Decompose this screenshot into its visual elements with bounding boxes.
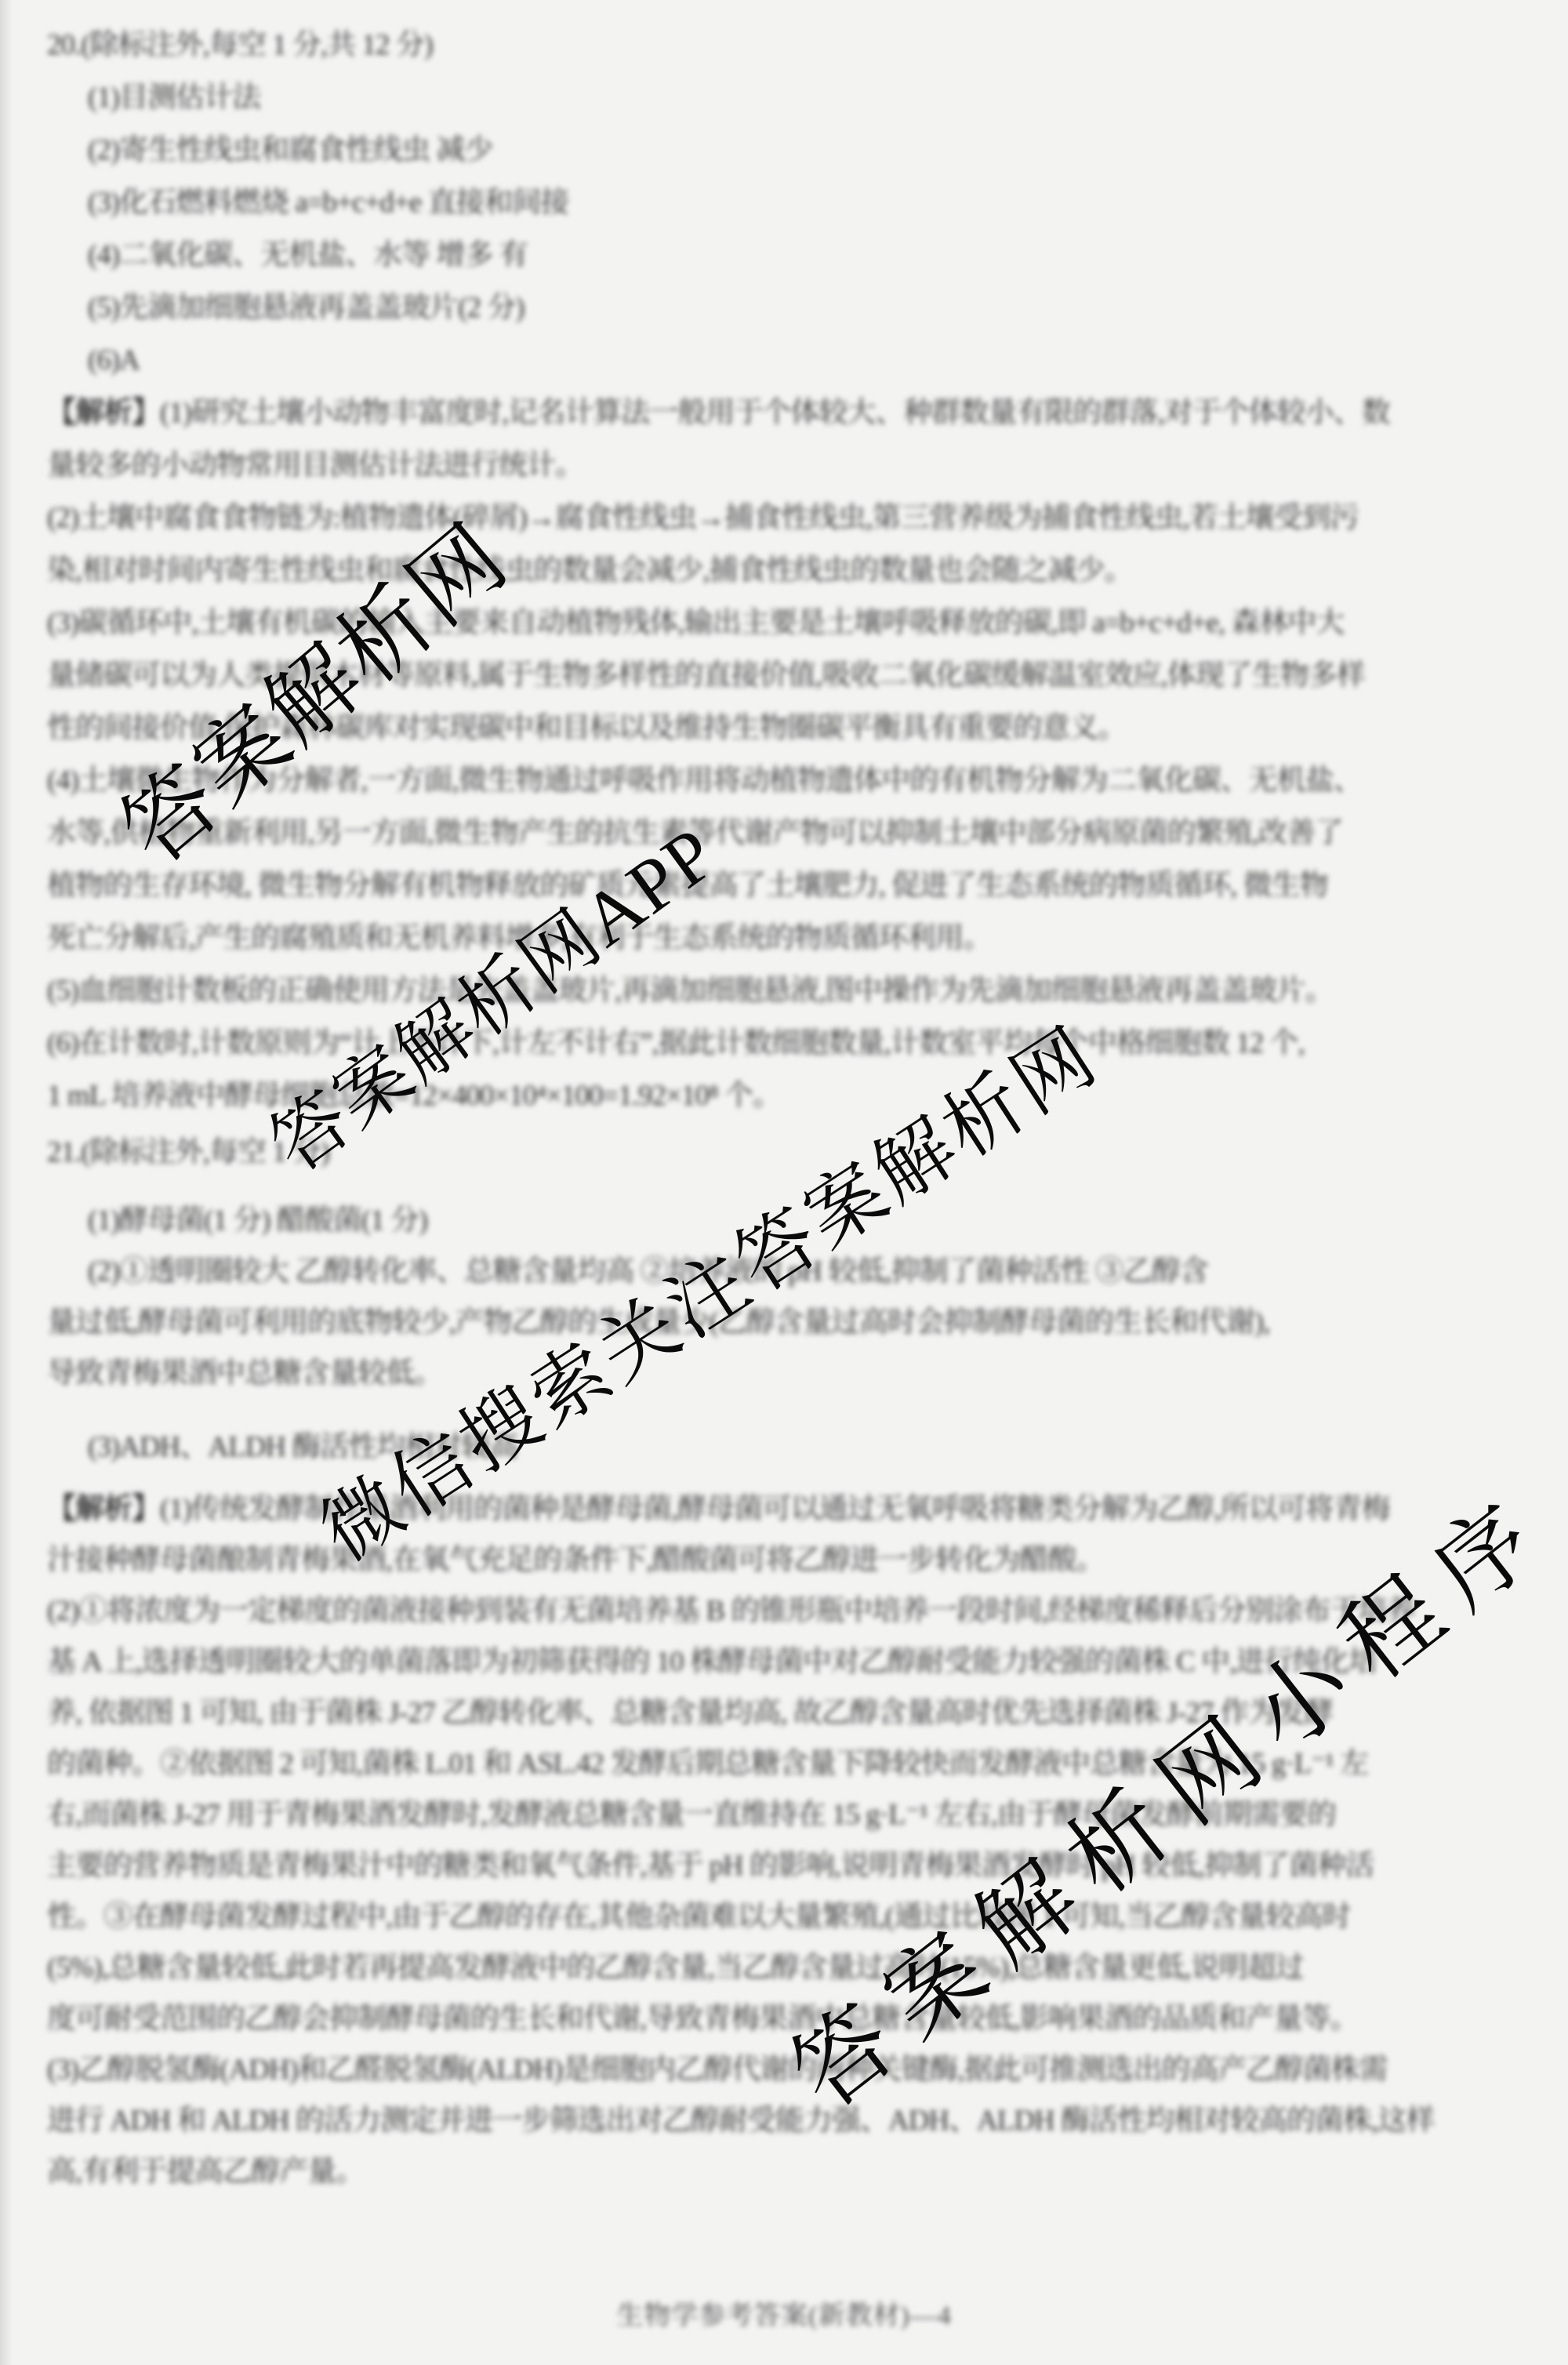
question-21-analysis: 【解析】(1)传统发酵制作果酒利用的菌种是酵母菌,酵母菌可以通过无氧呼吸将糖类分… bbox=[47, 1484, 1529, 2197]
text-line: 量较多的小动物常用目测估计法进行统计。 bbox=[47, 439, 1529, 492]
text-line: 水等,供植物重新利用,另一方面,微生物产生的抗生素等代谢产物可以抑制土壤中部分病… bbox=[47, 807, 1529, 859]
text-line: 的菌种。②依据图 2 可知,菌株 L.01 和 ASL.42 发酵后期总糖含量下… bbox=[47, 1738, 1529, 1789]
text-line: (2)①透明圈较大 乙醇转化率、总糖含量均高 ②培养液的 pH 较低,抑制了菌种… bbox=[47, 1246, 1529, 1297]
text-line: (3)ADH、ALDH 酶活性均相对较高 bbox=[47, 1422, 1529, 1473]
text-line: 植物的生存环境, 微生物分解有机物释放的矿质元素提高了土壤肥力, 促进了生态系统… bbox=[47, 859, 1529, 912]
text-line: 进行 ADH 和 ALDH 的活力测定并进一步筛选出对乙醇耐受能力强、ADH、A… bbox=[47, 2095, 1529, 2146]
text-line: (5)血细胞计数板的正确使用方法是先盖盖玻片,再滴加细胞悬液,图中操作为先滴加细… bbox=[47, 965, 1529, 1017]
text-line: 【解析】(1)传统发酵制作果酒利用的菌种是酵母菌,酵母菌可以通过无氧呼吸将糖类分… bbox=[47, 1484, 1529, 1535]
text-line: 性。③在酵母菌发酵过程中,由于乙醇的存在,其他杂菌难以大量繁殖,(通过比较图 1… bbox=[47, 1891, 1529, 1942]
text-line: (3)乙醇脱氢酶(ADH)和乙醛脱氢酶(ALDH)是细胞内乙醇代谢的两种关键酶,… bbox=[47, 2044, 1529, 2095]
text-line: (6)在计数时,计数原则为“计上不计下,计左不计右”,据此计数细胞数量,计数室平… bbox=[47, 1017, 1529, 1070]
question-20-block: 20.(除标注外,每空 1 分,共 12 分)(1)目测估计法(2)寄生性线虫和… bbox=[47, 19, 1529, 1122]
text-line: 性的间接价值,保护森林碳库对实现碳中和目标以及维持生物圈碳平衡具有重要的意义。 bbox=[47, 702, 1529, 754]
blurred-document-layer: 20.(除标注外,每空 1 分,共 12 分)(1)目测估计法(2)寄生性线虫和… bbox=[0, 0, 1568, 2365]
question-21-answers: (1)酵母菌(1 分) 醋酸菌(1 分)(2)①透明圈较大 乙醇转化率、总糖含量… bbox=[47, 1195, 1529, 1399]
text-line: (2)土壤中腐食食物链为:植物遗体(碎屑)→腐食性线虫→捕食性线虫,第三营养级为… bbox=[47, 492, 1529, 544]
question-21-answer-3: (3)ADH、ALDH 酶活性均相对较高 bbox=[47, 1422, 1529, 1473]
text-line: 右,而菌株 J-27 用于青梅果酒发酵时,发酵液总糖含量一直维持在 15 g·L… bbox=[47, 1789, 1529, 1840]
text-line: 度可耐受范围的乙醇会抑制酵母菌的生长和代谢,导致青梅果酒中总糖含量较低,影响果酒… bbox=[47, 1993, 1529, 2044]
text-line: 养, 依据图 1 可知, 由于菌株 J-27 乙醇转化率、总糖含量均高, 故乙醇… bbox=[47, 1687, 1529, 1738]
text-line: (5%),总糖含量较低,此时若再提高发酵液中的乙醇含量,当乙醇含量过高时(15%… bbox=[47, 1942, 1529, 1993]
text-line: (1)目测估计法 bbox=[47, 71, 1529, 124]
text-line: (1)酵母菌(1 分) 醋酸菌(1 分) bbox=[47, 1195, 1529, 1246]
text-line: 染,相对时间内寄生性线虫和腐食性线虫的数量会减少,捕食性线虫的数量也会随之减少。 bbox=[47, 544, 1529, 597]
text-line: (5)先滴加细胞悬液再盖盖玻片(2 分) bbox=[47, 282, 1529, 334]
text-line: (3)化石燃料燃烧 a=b+c+d+e 直接和间接 bbox=[47, 176, 1529, 229]
text-line: (2)①将浓度为一定梯度的菌液接种到装有无菌培养基 B 的锥形瓶中培养一段时间,… bbox=[47, 1586, 1529, 1637]
text-line: 基 A 上,选择透明圈较大的单菌落即为初筛获得的 10 株酵母菌中对乙醇耐受能力… bbox=[47, 1637, 1529, 1687]
text-line: 导致青梅果酒中总糖含量较低。 bbox=[47, 1348, 1529, 1399]
text-line: 【解析】(1)研究土壤小动物丰富度时,记名计算法一般用于个体较大、种群数量有限的… bbox=[47, 387, 1529, 439]
text-line: 量过低,酵母菌可利用的底物较少,产物乙醇的生成量少(乙醇含量过高时会抑制酵母菌的… bbox=[47, 1297, 1529, 1348]
text-line: 高,有利于提高乙醇产量。 bbox=[47, 2146, 1529, 2197]
question-21-heading: 21.(除标注外,每空 1 分) bbox=[47, 1127, 1529, 1178]
text-line: 21.(除标注外,每空 1 分) bbox=[47, 1127, 1529, 1178]
text-line: (4)二氧化碳、无机盐、水等 增多 有 bbox=[47, 229, 1529, 282]
text-line: 20.(除标注外,每空 1 分,共 12 分) bbox=[47, 19, 1529, 71]
text-line: (6)A bbox=[47, 334, 1529, 387]
text-line: 汁接种酵母菌酿制青梅果酒,在氧气充足的条件下,醋酸菌可将乙醇进一步转化为醋酸。 bbox=[47, 1535, 1529, 1586]
text-line: 1 mL 培养液中酵母细胞总数=12×400×10⁴×100=1.92×10⁸ … bbox=[47, 1070, 1529, 1122]
page-footer: 生物学参考答案(新教材)—4 bbox=[0, 2294, 1568, 2332]
text-line: (3)碳循环中,土壤有机碳的输入主要来自动植物残体,输出主要是土壤呼吸释放的碳,… bbox=[47, 597, 1529, 649]
text-line: 死亡分解后,产生的腐殖质和无机养料增多,有利于生态系统的物质循环利用。 bbox=[47, 912, 1529, 965]
text-line: 量储碳可以为人类提供木材等原料,属于生物多样性的直接价值,吸收二氧化碳缓解温室效… bbox=[47, 649, 1529, 702]
text-line: 主要的营养物质是青梅果汁中的糖类和氧气条件,基于 pH 的影响,说明青梅果酒发酵… bbox=[47, 1840, 1529, 1891]
text-line: (4)土壤微生物作为分解者,一方面,微生物通过呼吸作用将动植物遗体中的有机物分解… bbox=[47, 754, 1529, 807]
text-line: (2)寄生性线虫和腐食性线虫 减少 bbox=[47, 124, 1529, 176]
exam-answer-page: 20.(除标注外,每空 1 分,共 12 分)(1)目测估计法(2)寄生性线虫和… bbox=[0, 0, 1568, 2365]
